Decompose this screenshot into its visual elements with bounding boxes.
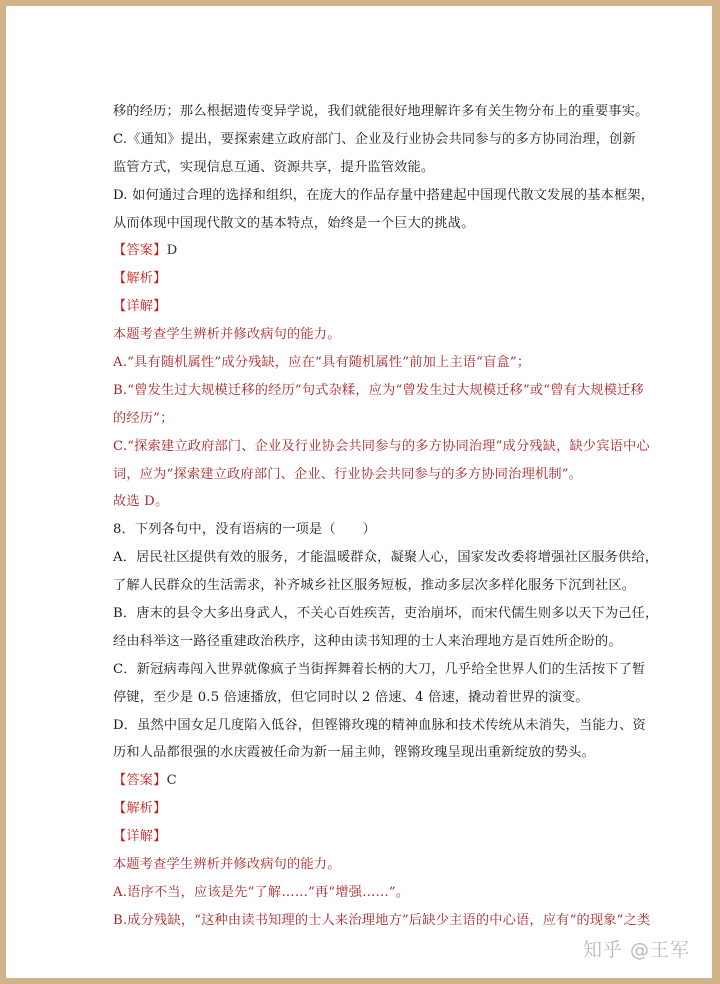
q7-conclusion: 故选 D。 (113, 488, 633, 516)
q8-explanation-line: 本题考查学生辨析并修改病句的能力。 (113, 851, 633, 879)
q7-option-d-line2: 从而体现中国现代散文的基本特点，始终是一个巨大的挑战。 (113, 210, 633, 238)
q7-explanation-line: 本题考查学生辨析并修改病句的能力。 (113, 321, 633, 349)
q7-explanation-line: C.“探索建立政府部门、企业及行业协会共同参与的多方协同治理”成分残缺，缺少宾语… (113, 433, 633, 461)
answer-tag: 【答案】 (113, 243, 167, 258)
answer-value: C (167, 773, 177, 788)
page-content: 移的经历；那么根据遗传变异学说，我们就能很好地理解许多有关生物分布上的重要事实。… (113, 98, 633, 935)
q8-option-b-line2: 经由科举这一路径重建政治秩序，这种由读书知理的士人来治理地方是百姓所企盼的。 (113, 628, 633, 656)
q7-explanation-line: 的经历”； (113, 405, 633, 433)
q8-option-d-line1: D．虽然中国女足几度陷入低谷，但铿锵玫瑰的精神血脉和技术传统从未消失，当能力、资 (113, 712, 633, 740)
q7-option-c-line2: 监管方式，实现信息互通、资源共享，提升监管效能。 (113, 154, 633, 182)
answer-tag: 【答案】 (113, 773, 167, 788)
q8-option-a-line2: 了解人民群众的生活需求，补齐城乡社区服务短板，推动多层次多样化服务下沉到社区。 (113, 572, 633, 600)
q7-detail-tag: 【详解】 (113, 293, 633, 321)
q7-analysis-tag: 【解析】 (113, 265, 633, 293)
q8-option-a-line1: A．居民社区提供有效的服务，才能温暖群众，凝聚人心，国家发改委将增强社区服务供给… (113, 544, 633, 572)
q7-option-b-tail: 移的经历；那么根据遗传变异学说，我们就能很好地理解许多有关生物分布上的重要事实。 (113, 98, 633, 126)
q8-explanation-line: B.成分残缺，“这种由读书知理的士人来治理地方”后缺少主语的中心语，应有“的现象… (113, 907, 633, 935)
q7-option-d-line1: D. 如何通过合理的选择和组织，在庞大的作品存量中搭建起中国现代散文发展的基本框… (113, 182, 633, 210)
q8-option-b-line1: B．唐末的县令大多出身武人，不关心百姓疾苦，吏治崩坏，而宋代儒生则多以天下为己任… (113, 600, 633, 628)
q7-option-c-line1: C.《通知》提出，要探索建立政府部门、企业及行业协会共同参与的多方协同治理，创新 (113, 126, 633, 154)
document-page: 移的经历；那么根据遗传变异学说，我们就能很好地理解许多有关生物分布上的重要事实。… (6, 6, 712, 978)
q8-analysis-tag: 【解析】 (113, 795, 633, 823)
q8-option-c-line1: C．新冠病毒闯入世界就像疯子当街挥舞着长柄的大刀，几乎给全世界人们的生活按下了暂 (113, 656, 633, 684)
q8-option-c-line2: 停键，至少是 0.5 倍速播放，但它同时以 2 倍速、4 倍速，撬动着世界的演变… (113, 684, 633, 712)
answer-value: D (167, 243, 178, 258)
q7-answer: 【答案】D (113, 237, 633, 265)
q8-explanation-line: A.语序不当，应该是先“了解……”再“增强……”。 (113, 879, 633, 907)
q8-stem: 8．下列各句中，没有语病的一项是（ ） (113, 516, 633, 544)
q7-explanation-line: B.“曾发生过大规模迁移的经历”句式杂糅，应为“曾发生过大规模迁移”或“曾有大规… (113, 377, 633, 405)
zhihu-watermark: 知乎 @王军 (583, 935, 690, 962)
q8-answer: 【答案】C (113, 767, 633, 795)
q7-explanation-line: 词，应为“探索建立政府部门、企业、行业协会共同参与的多方协同治理机制”。 (113, 461, 633, 489)
q7-explanation-line: A.“具有随机属性”成分残缺，应在“具有随机属性”前加上主语“盲盒”； (113, 349, 633, 377)
q8-detail-tag: 【详解】 (113, 823, 633, 851)
q8-option-d-line2: 历和人品都很强的水庆霞被任命为新一届主帅，铿锵玫瑰呈现出重新绽放的势头。 (113, 739, 633, 767)
